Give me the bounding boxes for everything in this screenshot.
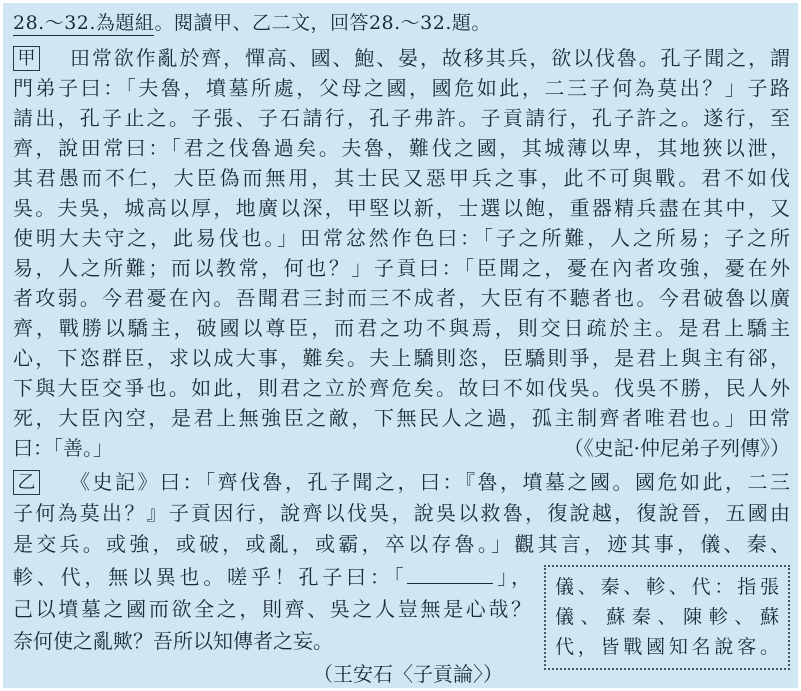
question-instruction: 。閱讀甲、乙二文，回答28.～32.題。 (154, 12, 490, 34)
note-line: 儀、秦、軫、代：指張 (555, 572, 779, 602)
passage-line: 請出，孔子止之。子張、子石請行，孔子弗許。子貢請行，孔子許之。遂行，至 (13, 103, 790, 133)
passage-line: 門弟子曰：「夫魯，墳墓所處，父母之國，國危如此，二三子何為莫出？」子路 (13, 73, 790, 103)
question-group-header: 28.～32.為題組。閱讀甲、乙二文，回答28.～32.題。 (13, 10, 790, 36)
blank-line-pre: 軫、代，無以異也。嗟乎！孔子曰：「 (13, 565, 407, 589)
passage-line: 心，下恣群臣，求以成大事，難矣。夫上驕則恣，臣驕則爭，是君上與主有郤， (13, 343, 790, 373)
passage-line: 奈何使之亂歟？吾所以知傳者之妄。 (13, 625, 531, 657)
passage-line: 死，大臣內空，是君上無強臣之敵，下無民人之過，孤主制齊者唯君也。」田常 (13, 403, 790, 433)
passage-yi-label: 乙 (13, 470, 40, 495)
passage-line: 下與大臣交爭也。如此，則君之立於齊危矣。故曰不如伐吳。伐吳不勝，民人外 (13, 373, 790, 403)
passage-jia-label: 甲 (13, 46, 40, 71)
glossary-note-box: 儀、秦、軫、代：指張 儀、蘇秦、陳軫、蘇 代，皆戰國知名說客。 (544, 565, 790, 670)
source-citation-wanganshi: （王安石〈子貢論〉） (13, 657, 531, 688)
note-line: 代，皆戰國知名說客。 (555, 632, 779, 662)
passage-line: 齊，戰勝以驕主，破國以尊臣，而君之功不與焉，則交日疏於主。是君上驕主 (13, 313, 790, 343)
passage-line: 是交兵。或強，或破，或亂，或霸，卒以存魯。」觀其言，迹其事，儀、秦、 (13, 529, 790, 560)
passage-yi: 乙 《史記》曰：「齊伐魯，孔子聞之，曰：『魯，墳墓之國。國危如此，二三 子何為莫… (13, 467, 790, 688)
blank-line-post: 」， (493, 565, 531, 589)
glossary-note-container: 儀、秦、軫、代：指張 儀、蘇秦、陳軫、蘇 代，皆戰國知名說客。 (544, 561, 790, 670)
passage-line: 齊，說田常曰：「君之伐魯過矣。夫魯，難伐之國，其城薄以卑，其地狹以泄， (13, 133, 790, 163)
passage-last-line: 曰：「善。」 （《史記·仲尼弟子列傳》） (13, 433, 790, 464)
passage-line: 子何為莫出？』子貢因行，說齊以伐吳，說吳以救魯，復說越，復說晉，五國由 (13, 498, 790, 529)
passage-line: 己以墳墓之國而欲全之，則齊、吳之人豈無是心哉？ (13, 593, 531, 625)
question-range-underlined: 28.～32.為題組 (13, 12, 154, 36)
passage-yi-bottom-text: 軫、代，無以異也。嗟乎！孔子曰：「」， 己以墳墓之國而欲全之，則齊、吳之人豈無是… (13, 561, 531, 688)
passage-line: 吳。夫吳，城高以厚，地廣以深，甲堅以新，士選以飽，重器精兵盡在其中，又 (13, 193, 790, 223)
passage-line-text: 曰：「善。」 (13, 433, 113, 464)
passage-line: 易，人之所難；而以教常，何也？」子貢曰：「臣聞之，憂在內者攻強，憂在外 (13, 253, 790, 283)
passage-line: 《史記》曰：「齊伐魯，孔子聞之，曰：『魯，墳墓之國。國危如此，二三 (13, 467, 790, 498)
document-panel: 28.～32.為題組。閱讀甲、乙二文，回答28.～32.題。 甲 田常欲作亂於齊… (3, 3, 798, 688)
note-line: 儀、蘇秦、陳軫、蘇 (555, 602, 779, 632)
passage-line: 其君愚而不仁，大臣偽而無用，其士民又惡甲兵之事，此不可與戰。君不如伐 (13, 163, 790, 193)
passage-line: 使明大夫守之，此易伐也。」田常忿然作色曰：「子之所難，人之所易；子之所 (13, 223, 790, 253)
passage-line: 田常欲作亂於齊，憚高、國、鮑、晏，故移其兵，欲以伐魯。孔子聞之，謂 (13, 43, 790, 73)
passage-yi-bottom: 軫、代，無以異也。嗟乎！孔子曰：「」， 己以墳墓之國而欲全之，則齊、吳之人豈無是… (13, 561, 790, 688)
source-citation-shiji: （《史記·仲尼弟子列傳》） (564, 433, 790, 464)
fill-in-blank (407, 563, 493, 584)
passage-jia: 甲 田常欲作亂於齊，憚高、國、鮑、晏，故移其兵，欲以伐魯。孔子聞之，謂 門弟子曰… (13, 43, 790, 464)
passage-line: 者攻弱。今君憂在內。吾聞君三封而三不成者，大臣有不聽者也。今君破魯以廣 (13, 283, 790, 313)
passage-line-with-blank: 軫、代，無以異也。嗟乎！孔子曰：「」， (13, 561, 531, 593)
